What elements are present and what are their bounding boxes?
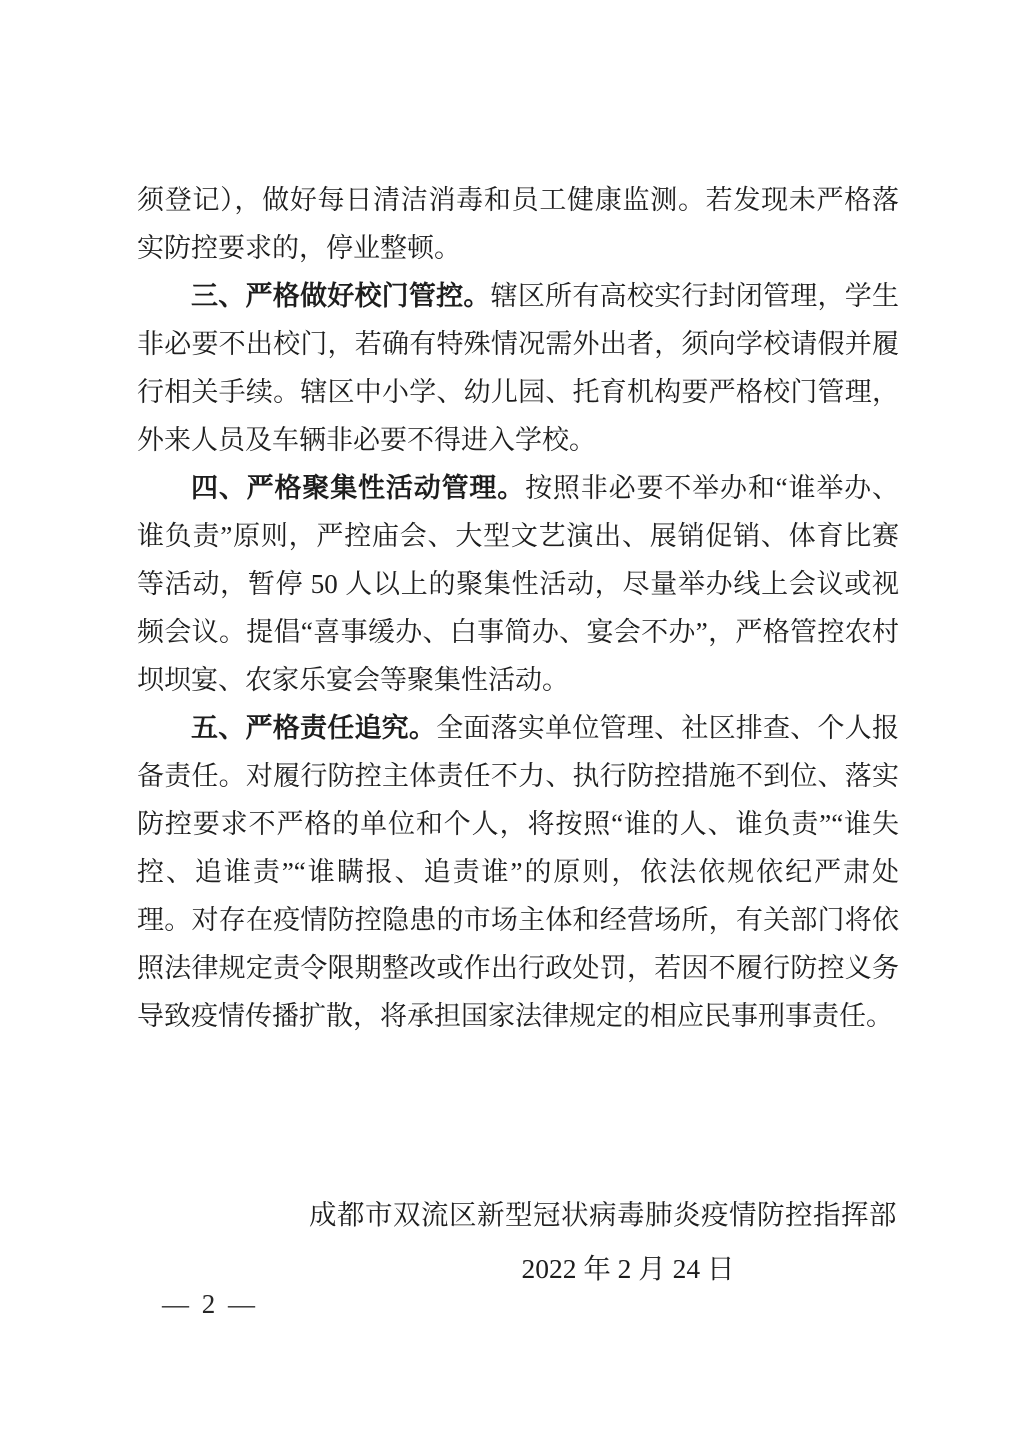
- body-paragraph: 四、严格聚集性活动管理。按照非必要不举办和“谁举办、谁负责”原则，严控庙会、大型…: [137, 464, 899, 704]
- paragraph-text: 全面落实单位管理、社区排查、个人报备责任。对履行防控主体责任不力、执行防控措施不…: [137, 713, 899, 1031]
- section-heading: 四、严格聚集性活动管理。: [191, 473, 525, 503]
- date-line: 2022 年 2 月 24 日: [478, 1252, 778, 1286]
- body-paragraph: 三、严格做好校门管控。辖区所有高校实行封闭管理，学生非必要不出校门，若确有特殊情…: [137, 272, 899, 464]
- body-paragraph: 须登记），做好每日清洁消毒和员工健康监测。若发现未严格落实防控要求的，停业整顿。: [137, 176, 899, 272]
- section-heading: 五、严格责任追究。: [191, 713, 436, 743]
- document-page: 须登记），做好每日清洁消毒和员工健康监测。若发现未严格落实防控要求的，停业整顿。…: [0, 0, 1024, 1448]
- paragraph-text: 须登记），做好每日清洁消毒和员工健康监测。若发现未严格落实防控要求的，停业整顿。: [137, 185, 899, 263]
- body-paragraph: 五、严格责任追究。全面落实单位管理、社区排查、个人报备责任。对履行防控主体责任不…: [137, 704, 899, 1040]
- page-number: — 2 —: [162, 1288, 258, 1320]
- signature-line: 成都市双流区新型冠状病毒肺炎疫情防控指挥部: [309, 1198, 897, 1232]
- paragraph-text: 按照非必要不举办和“谁举办、谁负责”原则，严控庙会、大型文艺演出、展销促销、体育…: [137, 473, 899, 695]
- document-body: 须登记），做好每日清洁消毒和员工健康监测。若发现未严格落实防控要求的，停业整顿。…: [137, 176, 899, 1040]
- section-heading: 三、严格做好校门管控。: [191, 281, 491, 311]
